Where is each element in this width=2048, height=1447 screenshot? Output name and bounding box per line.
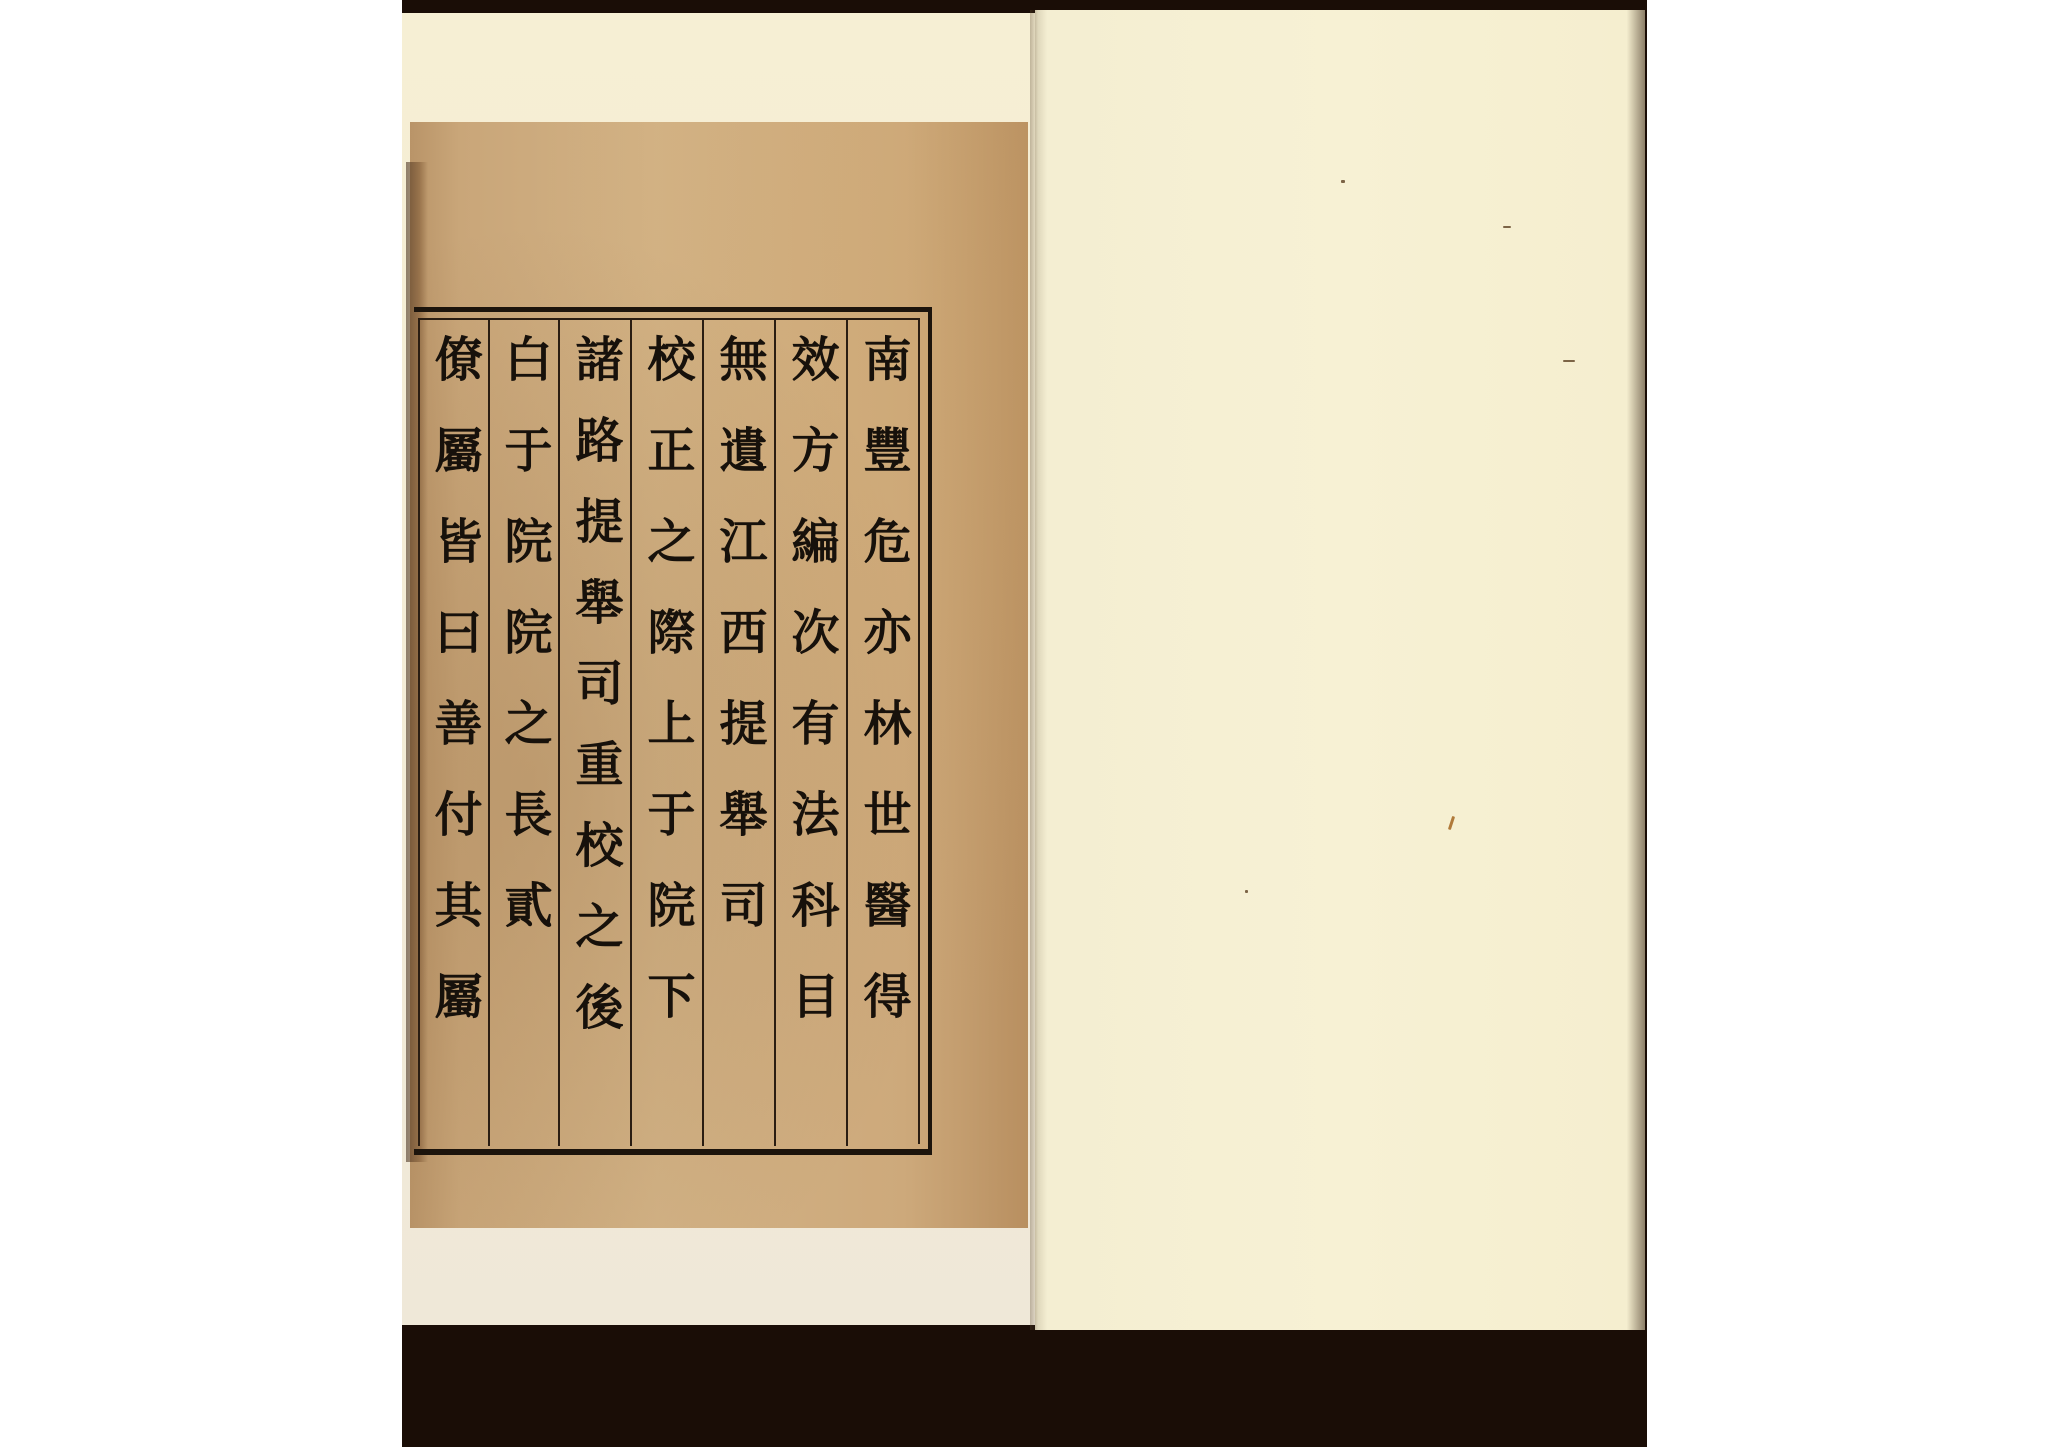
- paper-speck: [1448, 816, 1455, 830]
- column-text: 南豐危亦林世醫得: [859, 334, 907, 1062]
- paper-speck: [1341, 180, 1345, 183]
- column-text: 效方編次有法科目: [787, 334, 835, 1062]
- column-text: 諸路提舉司重校之後: [571, 334, 619, 1063]
- right-blank-page: [1035, 10, 1645, 1330]
- text-column-5: 諸路提舉司重校之後: [558, 320, 630, 1146]
- paper-speck: [1245, 890, 1248, 893]
- text-column-6: 白于院院之長貳: [488, 320, 558, 1146]
- text-columns: 南豐危亦林世醫得 效方編次有法科目 無遺江西提舉司 校正之際上于院下 諸路提舉司…: [418, 320, 918, 1146]
- column-text: 無遺江西提舉司: [715, 334, 763, 971]
- text-column-1: 南豐危亦林世醫得: [846, 320, 918, 1146]
- column-text: 白于院院之長貳: [500, 334, 548, 971]
- text-column-2: 效方編次有法科目: [774, 320, 846, 1146]
- paper-speck: [1503, 226, 1511, 228]
- text-column-3: 無遺江西提舉司: [702, 320, 774, 1146]
- column-text: 僚屬皆曰善付其屬: [430, 334, 478, 1062]
- text-frame-inner-right: [918, 318, 920, 1144]
- text-column-7: 僚屬皆曰善付其屬: [418, 320, 488, 1146]
- text-column-4: 校正之際上于院下: [630, 320, 702, 1146]
- book-gutter: [1030, 10, 1038, 1330]
- column-text: 校正之際上于院下: [643, 334, 691, 1062]
- paper-speck: [1563, 360, 1575, 362]
